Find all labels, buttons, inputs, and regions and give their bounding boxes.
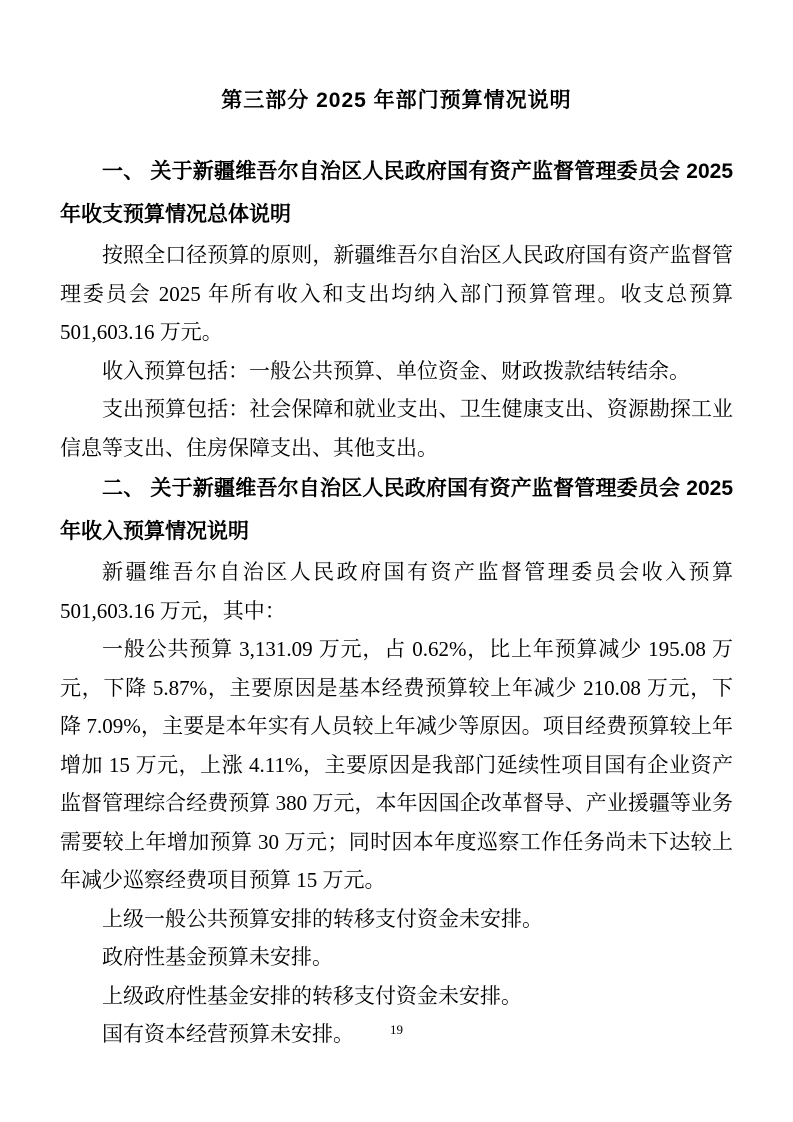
paragraph-transfer-payment-none: 上级一般公共预算安排的转移支付资金未安排。 — [60, 900, 733, 939]
document-page: 第三部分 2025 年部门预算情况说明 一、 关于新疆维吾尔自治区人民政府国有资… — [0, 0, 793, 1122]
document-title: 第三部分 2025 年部门预算情况说明 — [60, 86, 733, 116]
paragraph-general-public-budget-detail: 一般公共预算 3,131.09 万元，占 0.62%，比上年预算减少 195.0… — [60, 630, 733, 900]
paragraph-income-includes: 收入预算包括：一般公共预算、单位资金、财政拨款结转结余。 — [60, 352, 733, 391]
paragraph-gov-fund-transfer-none: 上级政府性基金安排的转移支付资金未安排。 — [60, 977, 733, 1016]
section-heading-2: 二、 关于新疆维吾尔自治区人民政府国有资产监督管理委员会 2025 年收入预算情… — [60, 467, 733, 553]
paragraph-income-total: 新疆维吾尔自治区人民政府国有资产监督管理委员会收入预算 501,603.16 万… — [60, 553, 733, 630]
paragraph-government-fund-none: 政府性基金预算未安排。 — [60, 938, 733, 977]
document-content: 第三部分 2025 年部门预算情况说明 一、 关于新疆维吾尔自治区人民政府国有资… — [60, 86, 733, 1054]
paragraph-overall-budget: 按照全口径预算的原则，新疆维吾尔自治区人民政府国有资产监督管理委员会 2025 … — [60, 236, 733, 352]
page-number: 19 — [0, 1022, 793, 1038]
paragraph-expenditure-includes: 支出预算包括：社会保障和就业支出、卫生健康支出、资源勘探工业信息等支出、住房保障… — [60, 390, 733, 467]
section-heading-1: 一、 关于新疆维吾尔自治区人民政府国有资产监督管理委员会 2025 年收支预算情… — [60, 150, 733, 236]
